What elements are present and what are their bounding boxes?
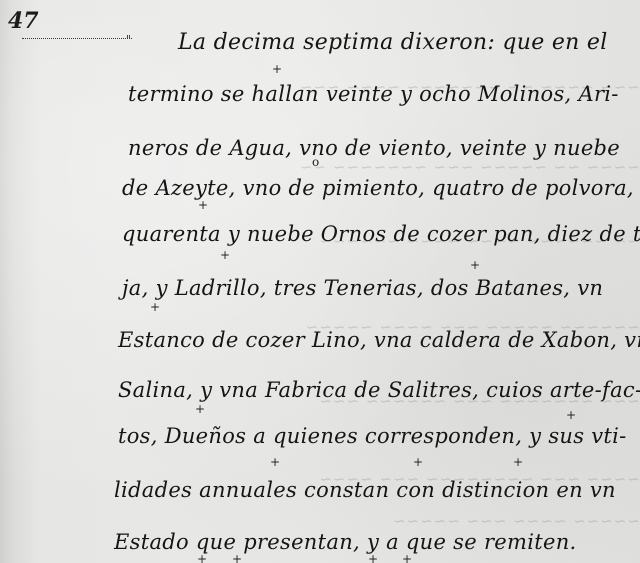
manuscript-line-6: ja, y Ladrillo, tres Tenerias, dos Batan…: [122, 276, 603, 300]
annotation-mark: o: [312, 155, 319, 169]
manuscript-line-5: quarenta y nuebe Ornos de cozer pan, die…: [122, 222, 640, 246]
annotation-mark: +: [413, 455, 423, 469]
manuscript-line-1: La decima septima dixeron: que en el: [178, 30, 608, 55]
annotation-mark: +: [150, 300, 160, 314]
annotation-mark: +: [470, 258, 480, 272]
manuscript-line-7: Estanco de cozer Lino, vna caldera de Xa…: [118, 328, 640, 352]
folio-number: 47: [8, 8, 39, 34]
annotation-mark: +: [402, 552, 412, 563]
annotation-mark: +: [198, 198, 208, 212]
leader-end-mark: ": [126, 33, 131, 46]
manuscript-line-10: lidades annuales constan con distincion …: [114, 478, 616, 502]
annotation-mark: +: [220, 248, 230, 262]
manuscript-line-2: termino se hallan veinte y ocho Molinos,…: [128, 82, 619, 106]
annotation-mark: +: [272, 62, 282, 76]
manuscript-line-4: de Azeyte, vno de pimiento, quatro de po…: [122, 176, 634, 200]
annotation-mark: +: [270, 455, 280, 469]
annotation-mark: +: [197, 552, 207, 563]
annotation-mark: +: [195, 402, 205, 416]
manuscript-line-9: tos, Dueños a quienes corresponden, y su…: [118, 424, 627, 448]
bleed-through-text: ~~~~ ~~ ~~~~~ ~~~ ~~~~~~~ ~~: [120, 158, 640, 176]
annotation-mark: +: [513, 455, 523, 469]
manuscript-line-3: neros de Agua, vno de viento, veinte y n…: [128, 136, 620, 160]
dotted-leader: [22, 38, 132, 39]
manuscript-page: ~~~ ~~~~ ~~ ~~~~~~~ ~~~~ ~~~ ~~~~ ~~ ~~~…: [0, 0, 640, 563]
annotation-mark: +: [566, 408, 576, 422]
manuscript-line-8: Salina, y vna Fabrica de Salitres, cuios…: [118, 378, 640, 402]
bleed-through-text: ~~~~~ ~~~~ ~~~ ~~~~~: [330, 512, 640, 530]
manuscript-line-11: Estado que presentan, y a que se remiten…: [114, 530, 577, 554]
annotation-mark: +: [368, 552, 378, 563]
annotation-mark: +: [232, 552, 242, 563]
